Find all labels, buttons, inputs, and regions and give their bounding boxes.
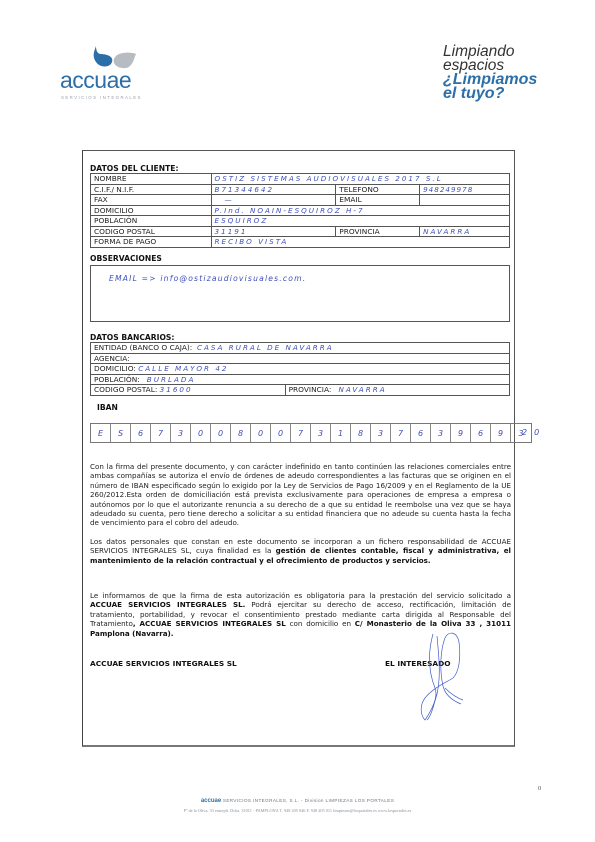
bank-domicilio-field[interactable]: DOMICILIO: CALLE MAYOR 42 [91,364,510,375]
table-row: POBLACIÓN: BURLADA [91,374,510,385]
agencia-field[interactable]: AGENCIA: [91,353,510,364]
iban-title: IBAN [97,403,118,412]
table-row: FAX — EMAIL [91,195,510,206]
iban-field[interactable]: ES67300800731837639693 [90,423,532,443]
iban-cell[interactable]: 7 [391,424,411,442]
iban-cell[interactable]: 8 [351,424,371,442]
iban-cell[interactable]: 7 [151,424,171,442]
legal-paragraph-2: Los datos personales que constan en este… [90,537,511,565]
bank-poblacion-field[interactable]: POBLACIÓN: BURLADA [91,374,510,385]
email-field[interactable] [420,195,510,206]
iban-cell[interactable]: 9 [491,424,511,442]
iban-cell[interactable]: 3 [431,424,451,442]
fax-label: FAX [91,195,212,206]
company-signature-label: ACCUAE SERVICIOS INTEGRALES SL [90,659,237,668]
bank-table: ENTIDAD (BANCO O CAJA): CASA RURAL DE NA… [90,342,510,396]
table-row: AGENCIA: [91,353,510,364]
table-row: CODIGO POSTAL 31191 PROVINCIA NAVARRA [91,226,510,237]
logo-wordmark: accuae [60,69,131,92]
entidad-field[interactable]: ENTIDAD (BANCO O CAJA): CASA RURAL DE NA… [91,343,510,354]
telefono-label: TELEFONO [336,184,420,195]
nombre-field[interactable]: OSTIZ SISTEMAS AUDIOVISUALES 2017 S.L [211,174,509,185]
observaciones-value: EMAIL => info@ostizaudiovisuales.com. [109,274,306,283]
table-row: DOMICILIO P.Ind. NOAIN-ESQUIROZ H-7 [91,205,510,216]
telefono-field[interactable]: 948249978 [420,184,510,195]
nombre-label: NOMBRE [91,174,212,185]
observaciones-field[interactable]: EMAIL => info@ostizaudiovisuales.com. [90,265,510,322]
iban-cell[interactable]: 8 [231,424,251,442]
bank-provincia-field[interactable]: PROVINCIA: NAVARRA [285,385,509,396]
forma-pago-field[interactable]: RECIBO VISTA [211,237,509,248]
email-label: EMAIL [336,195,420,206]
table-row: NOMBRE OSTIZ SISTEMAS AUDIOVISUALES 2017… [91,174,510,185]
legal-paragraph-1: Con la firma del presente documento, y c… [90,462,511,528]
fax-field[interactable]: — [211,195,336,206]
poblacion-field[interactable]: ESQUIROZ [211,216,509,227]
iban-cell[interactable]: 6 [411,424,431,442]
table-row: FORMA DE PAGO RECIBO VISTA [91,237,510,248]
slogan: Limpiando espacios ¿Limpiamos el tuyo? [443,45,537,101]
iban-cell[interactable]: E [91,424,111,442]
table-row: C.I.F./ N.I.F. B71344642 TELEFONO 948249… [91,184,510,195]
iban-cell[interactable]: 1 [331,424,351,442]
logo-tagline: SERVICIOS INTEGRALES [61,95,142,100]
iban-cell[interactable]: 3 [311,424,331,442]
iban-cell[interactable]: 6 [471,424,491,442]
table-row: CODIGO POSTAL: 31600 PROVINCIA: NAVARRA [91,385,510,396]
iban-cell[interactable]: 0 [271,424,291,442]
footer-company-line: accuae SERVICIOS INTEGRALES, S.L. - Divi… [0,798,595,804]
iban-overflow: 20 [522,428,546,437]
bank-codigo-postal-field[interactable]: CODIGO POSTAL: 31600 [91,385,286,396]
iban-cell[interactable]: 7 [291,424,311,442]
signature-scribble [415,628,470,723]
slogan-line-4: el tuyo? [443,87,537,101]
poblacion-label: POBLACIÓN [91,216,212,227]
cif-field[interactable]: B71344642 [211,184,336,195]
cif-label: C.I.F./ N.I.F. [91,184,212,195]
iban-cell[interactable]: 3 [371,424,391,442]
table-row: POBLACIÓN ESQUIROZ [91,216,510,227]
provincia-field[interactable]: NAVARRA [420,226,510,237]
iban-cell[interactable]: 3 [171,424,191,442]
iban-cell[interactable]: 0 [191,424,211,442]
iban-cell[interactable]: 6 [131,424,151,442]
page-number: 0 [538,785,541,792]
client-table: NOMBRE OSTIZ SISTEMAS AUDIOVISUALES 2017… [90,173,510,248]
iban-cell[interactable]: 0 [211,424,231,442]
table-row: ENTIDAD (BANCO O CAJA): CASA RURAL DE NA… [91,343,510,354]
footer-address-line: Pº de la Oliva, 33 entreplt. Dcha. 31011… [0,808,595,813]
domicilio-field[interactable]: P.Ind. NOAIN-ESQUIROZ H-7 [211,205,509,216]
bank-section-title: DATOS BANCARIOS: [90,333,174,342]
footer-brand: accuae [201,798,221,804]
iban-cell[interactable]: 9 [451,424,471,442]
iban-cell[interactable]: 0 [251,424,271,442]
iban-cell[interactable]: S [111,424,131,442]
forma-pago-label: FORMA DE PAGO [91,237,212,248]
provincia-label: PROVINCIA [336,226,420,237]
observaciones-title: OBSERVACIONES [90,254,162,263]
domicilio-label: DOMICILIO [91,205,212,216]
codigo-postal-field[interactable]: 31191 [211,226,336,237]
codigo-postal-label: CODIGO POSTAL [91,226,212,237]
table-row: DOMICILIO: CALLE MAYOR 42 [91,364,510,375]
client-section-title: DATOS DEL CLIENTE: [90,164,179,173]
accuae-logo: accuae SERVICIOS INTEGRALES [60,42,170,102]
